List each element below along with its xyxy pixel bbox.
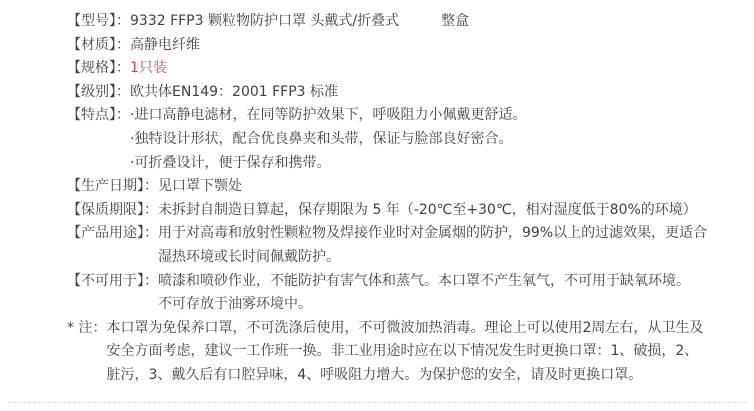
field-value: 9332 FFP3 颗粒物防护口罩 头戴式/折叠式 整盒 [130,10,746,34]
not-for-use-line-1: 喷漆和喷砂作业，不能防护有害气体和蒸气。本口罩不产生氧气，不可用于缺氧环境。 [158,270,746,294]
field-content-not-for-use: 喷漆和喷砂作业，不能防护有害气体和蒸气。本口罩不产生氧气，不可用于缺氧环境。 不… [158,270,746,317]
spec-row-model: 【型号】： 9332 FFP3 颗粒物防护口罩 头戴式/折叠式 整盒 [67,10,746,34]
spec-row-features: 【特点】： ·进口高静电滤材，在同等防护效果下，呼吸阻力小佩戴更舒适。 ·独特设… [67,104,746,175]
note-content: 本口罩为免保养口罩，不可洗涤后使用，不可微波加热消毒。理论上可以使用2周左右，从… [106,317,746,388]
field-value-highlighted: 1只装 [130,57,746,81]
usage-line-1: 用于对高毒和放射性颗粒物及焊接作业时对金属烟的防护，99%以上的过滤效果，更适合 [158,222,746,246]
field-value: 欧共体EN149：2001 FFP3 标准 [130,81,746,105]
product-description: 【型号】： 9332 FFP3 颗粒物防护口罩 头戴式/折叠式 整盒 【材质】：… [0,0,754,411]
field-label-specification: 【规格】： [67,57,130,81]
feature-bullet-1: ·进口高静电滤材，在同等防护效果下，呼吸阻力小佩戴更舒适。 [130,104,746,128]
spec-row-production-date: 【生产日期】： 见口罩下颚处 [67,175,746,199]
feature-bullet-3: ·可折叠设计，便于保存和携带。 [130,152,746,176]
field-label-features: 【特点】： [67,104,130,128]
field-content-features: ·进口高静电滤材，在同等防护效果下，呼吸阻力小佩戴更舒适。 ·独特设计形状，配合… [130,104,746,175]
field-label-grade: 【级别】： [67,81,130,105]
field-value: 未拆封自制造日算起，保存期限为 5 年（-20℃至+30℃，相对湿度低于80%的… [158,199,746,223]
usage-line-2: 湿热环境或长时间佩戴防护。 [158,246,746,270]
note-label: * 注： [67,317,106,341]
field-label-model: 【型号】： [67,10,130,34]
note-row: * 注： 本口罩为免保养口罩，不可洗涤后使用，不可微波加热消毒。理论上可以使用2… [67,317,746,388]
feature-bullet-2: ·独特设计形状，配合优良鼻夹和头带，保证与脸部良好密合。 [130,128,746,152]
field-content-specification: 1只装 [130,57,746,81]
field-label-material: 【材质】： [67,34,130,58]
field-content-grade: 欧共体EN149：2001 FFP3 标准 [130,81,746,105]
field-label-shelf-life: 【保质期限】： [67,199,158,223]
field-label-usage: 【产品用途】： [67,222,158,246]
note-line-2: 安全方面考虑，建议一工作班一换。非工业用途时应在以下情况发生时更换口罩：1、破损… [106,340,746,364]
field-content-production-date: 见口罩下颚处 [158,175,746,199]
field-content-usage: 用于对高毒和放射性颗粒物及焊接作业时对金属烟的防护，99%以上的过滤效果，更适合… [158,222,746,269]
field-value: 高静电纤维 [130,34,746,58]
not-for-use-line-2: 不可存放于油雾环境中。 [158,293,746,317]
field-content-model: 9332 FFP3 颗粒物防护口罩 头戴式/折叠式 整盒 [130,10,746,34]
spec-row-specification: 【规格】： 1只装 [67,57,746,81]
spec-row-usage: 【产品用途】： 用于对高毒和放射性颗粒物及焊接作业时对金属烟的防护，99%以上的… [67,222,746,269]
spec-row-not-for-use: 【不可用于】： 喷漆和喷砂作业，不能防护有害气体和蒸气。本口罩不产生氧气，不可用… [67,270,746,317]
note-line-1: 本口罩为免保养口罩，不可洗涤后使用，不可微波加热消毒。理论上可以使用2周左右，从… [106,317,746,341]
field-value: 见口罩下颚处 [158,175,746,199]
spec-row-shelf-life: 【保质期限】： 未拆封自制造日算起，保存期限为 5 年（-20℃至+30℃，相对… [67,199,746,223]
spec-row-material: 【材质】： 高静电纤维 [67,34,746,58]
field-content-material: 高静电纤维 [130,34,746,58]
note-line-3: 脏污，3、戴久后有口腔异味，4、呼吸阻力增大。为保护您的安全，请及时更换口罩。 [106,364,746,388]
field-label-not-for-use: 【不可用于】： [67,270,158,294]
dashed-divider [8,402,746,403]
field-content-shelf-life: 未拆封自制造日算起，保存期限为 5 年（-20℃至+30℃，相对湿度低于80%的… [158,199,746,223]
spec-row-grade: 【级别】： 欧共体EN149：2001 FFP3 标准 [67,81,746,105]
field-label-production-date: 【生产日期】： [67,175,158,199]
